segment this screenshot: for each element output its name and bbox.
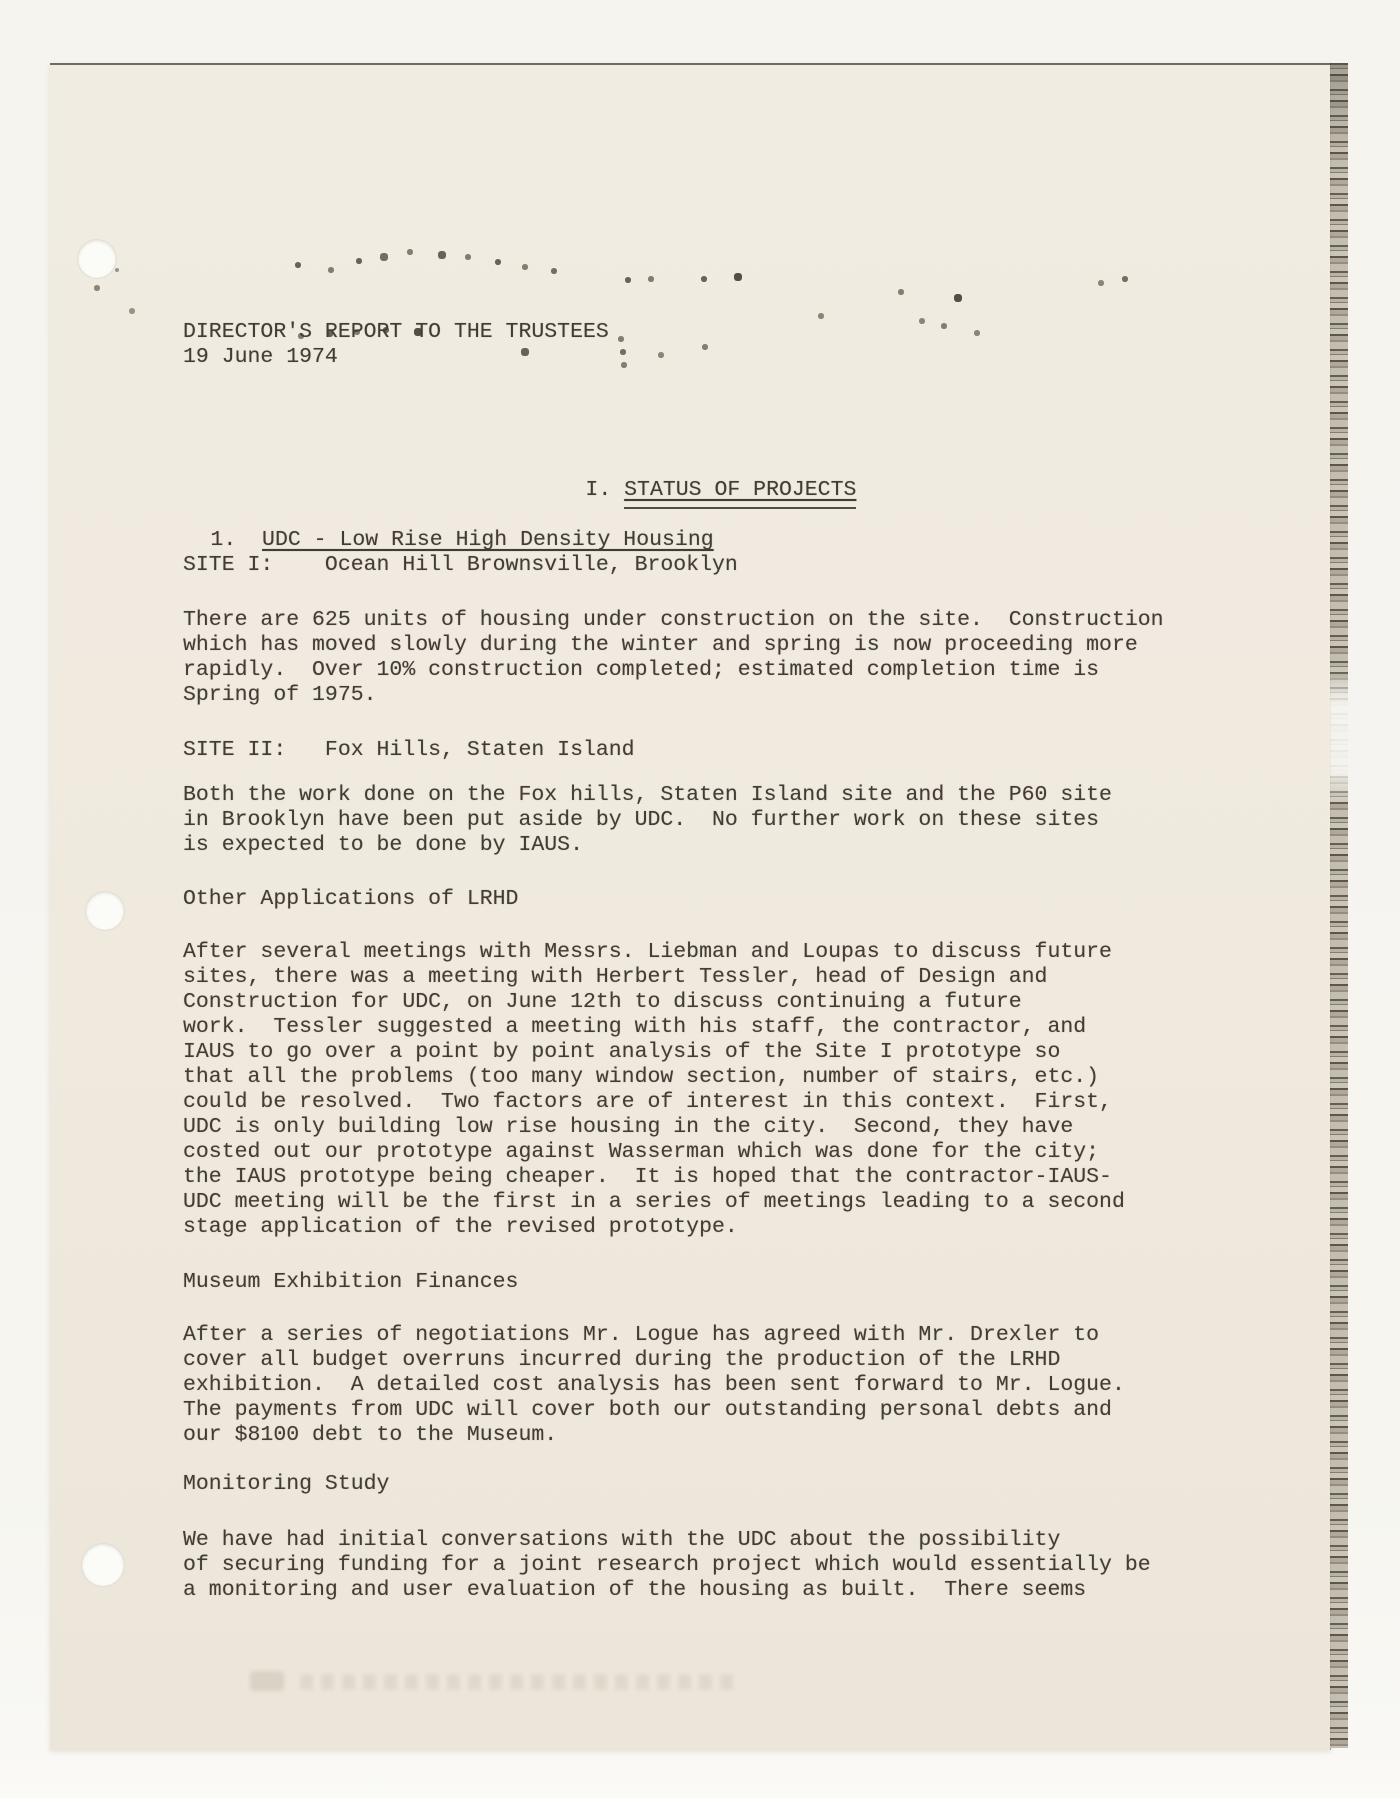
monitoring-study-paragraph: We have had initial conversations with t… <box>183 1528 1151 1603</box>
bleed-through-marks <box>300 1674 740 1690</box>
document-page: DIRECTOR'S REPORT TO THE TRUSTEES 19 Jun… <box>50 63 1331 1750</box>
site2-paragraph: Both the work done on the Fox hills, Sta… <box>183 783 1112 858</box>
lrhd-subheading: Other Applications of LRHD <box>183 887 518 912</box>
report-title: DIRECTOR'S REPORT TO THE TRUSTEES <box>183 320 609 345</box>
section-numeral: I. <box>585 478 611 502</box>
report-date: 19 June 1974 <box>183 345 338 370</box>
toner-speckles <box>50 65 52 67</box>
site1-line: SITE I: Ocean Hill Brownsville, Brooklyn <box>183 553 738 578</box>
item-number: 1. <box>210 528 236 552</box>
monitoring-study-subheading: Monitoring Study <box>183 1472 389 1497</box>
museum-finances-subheading: Museum Exhibition Finances <box>183 1270 518 1295</box>
scan-background: DIRECTOR'S REPORT TO THE TRUSTEES 19 Jun… <box>0 0 1400 1798</box>
site2-line: SITE II: Fox Hills, Staten Island <box>183 738 635 763</box>
item-title: UDC - Low Rise High Density Housing <box>262 528 714 552</box>
punch-hole-bottom <box>82 1544 124 1586</box>
lrhd-paragraph: After several meetings with Messrs. Lieb… <box>183 940 1125 1240</box>
punch-hole-top <box>78 240 116 278</box>
bleed-through-mark-small <box>250 1671 284 1691</box>
museum-finances-paragraph: After a series of negotiations Mr. Logue… <box>183 1323 1125 1448</box>
punch-hole-middle <box>86 892 124 930</box>
site1-paragraph: There are 625 units of housing under con… <box>183 608 1164 708</box>
scan-edge-band <box>1330 63 1348 1748</box>
